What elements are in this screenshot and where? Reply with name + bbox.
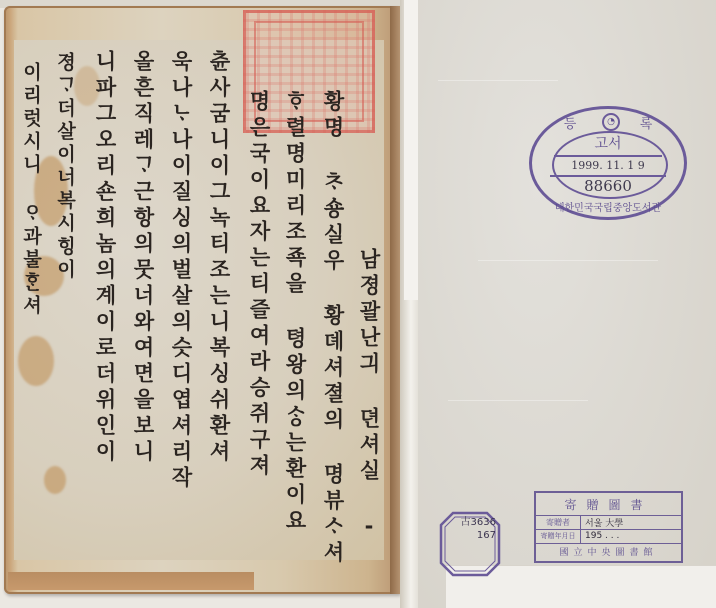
donation-institution: 國立中央圖書館 — [536, 543, 681, 559]
call-number-line2: 167 — [452, 529, 496, 542]
stamp-institution: 대한민국국립중앙도서관 — [532, 199, 684, 214]
text-column: 이리럿시니 ᄋᆞ과불ᄒᆞᆫ셔 — [14, 62, 48, 318]
stamp-number: 88660 — [532, 177, 684, 195]
stamp-date: 1999. 11. 1 9 — [532, 159, 684, 172]
manuscript-text: 남졍괄난긔 뎐셔실 - 황명 ᄎᆞ숑실우 황뎨셔졀의 명뷰ᄉᆞ셔 ᄒᆞ렬명미리조… — [14, 38, 394, 558]
text-column: 올흔직레ᄀᆞ근항의뭇너와여면을보니 — [126, 50, 160, 466]
text-column: 츈사굼니이그녹티조는니복싱쉬환셔 — [202, 50, 236, 466]
text-column: 니파그오리숀희놈의계이로더위인이 — [88, 50, 122, 466]
paper-fiber — [478, 260, 658, 261]
donation-date-label: 寄贈年月日 — [536, 529, 581, 543]
cover-bottom-band — [8, 572, 254, 590]
call-number-line1: 古3636 — [452, 516, 496, 529]
paper-fiber — [448, 400, 588, 401]
donation-date-value: 195 . . . — [581, 531, 619, 541]
donor-label: 寄贈者 — [536, 515, 581, 529]
stamp-divider — [554, 155, 662, 157]
text-column: ᄒᆞ렬명미리조죡을 텽왕의ᄉᆞᆼ는환이요 — [278, 90, 312, 535]
stamp-top-right: 록 — [570, 113, 716, 132]
guard-strip — [404, 0, 419, 300]
donor-value: 서울 大學 — [581, 516, 623, 529]
photo-scene: 남졍괄난긔 뎐셔실 - 황명 ᄎᆞ숑실우 황뎨셔졀의 명뷰ᄉᆞ셔 ᄒᆞ렬명미리조… — [0, 0, 716, 608]
text-column: 황명 ᄎᆞ숑실우 황뎨셔졀의 명뷰ᄉᆞ셔 — [316, 90, 350, 567]
donation-title: 寄贈圖書 — [536, 493, 681, 516]
call-number: 古3636 167 — [452, 516, 496, 542]
stamp-category: 고서 — [532, 133, 684, 153]
paper-fiber — [438, 80, 558, 81]
text-column: 남졍괄난긔 뎐셔실 - — [352, 248, 386, 543]
text-column: 명은국이요자는티즐여라승쥐구져 — [242, 90, 276, 480]
text-column: 졍ᄀᆞ더살이너복시힝이 — [48, 52, 82, 282]
text-column: 욱나ᄂᆞ나이질싱의벌살의슷디엽셔리작 — [164, 50, 198, 492]
donation-stamp: 寄贈圖書 寄贈者 서울 大學 寄贈年月日 195 . . . 國立中央圖書館 — [534, 491, 683, 563]
registration-stamp: 등 ◔ 록 고서 1999. 11. 1 9 88660 대한민국국립중앙도서관 — [529, 106, 687, 220]
